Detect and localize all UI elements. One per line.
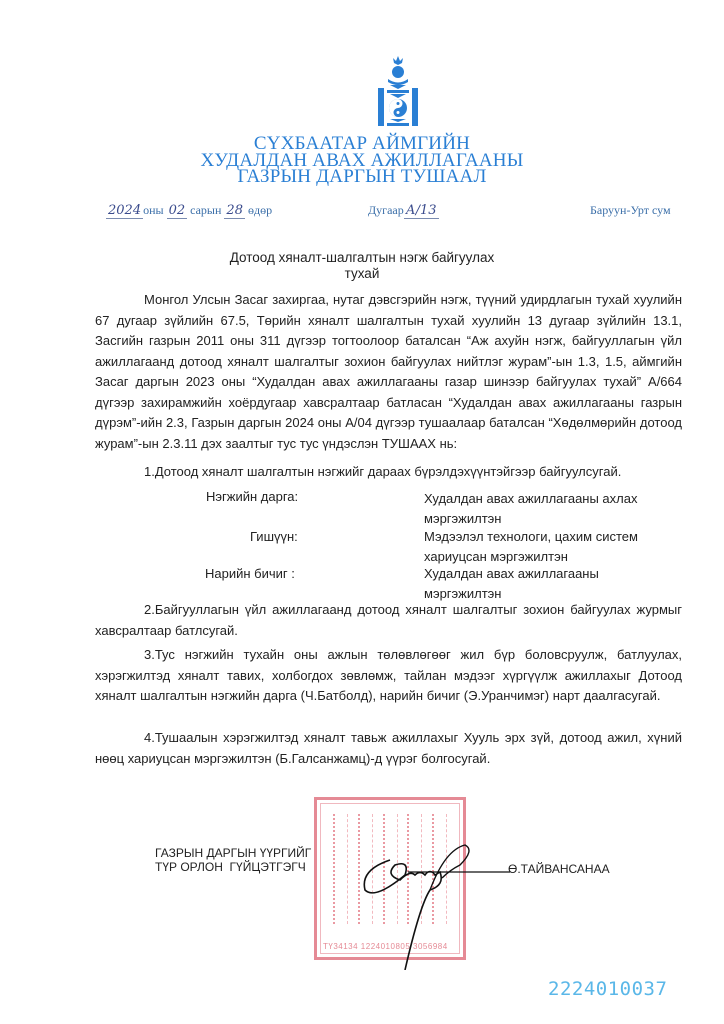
date-month-suffix: сарын xyxy=(190,203,221,217)
order-item-4: 4.Тушаалын хэрэгжилтэд хяналт тавьж ажил… xyxy=(95,728,682,769)
date-day: 28 xyxy=(224,203,245,219)
member-label-head: Нэгжийн дарга: xyxy=(206,489,298,504)
soyombo-emblem-icon xyxy=(376,54,420,128)
order-item-1: 1.Дотоод хяналт шалгалтын нэгжийг дараах… xyxy=(95,462,682,483)
order-type-line: ГАЗРЫН ДАРГЫН ТУШААЛ xyxy=(0,168,724,186)
order-number: ДугаарА/13 xyxy=(368,203,439,219)
signatory-title-line-2: ТҮР ОРЛОН ГҮЙЦЭТГЭГЧ xyxy=(155,860,311,874)
member-label-secretary: Нарийн бичиг : xyxy=(205,566,295,581)
signatory-title: ГАЗРЫН ДАРГЫН ҮҮРГИЙГ ТҮР ОРЛОН ГҮЙЦЭТГЭ… xyxy=(155,846,311,874)
document-title: Дотоод хяналт-шалгалтын нэгж байгуулах т… xyxy=(0,250,724,282)
order-item-3: 3.Тус нэгжийн тухайн оны ажлын төлөвлөгө… xyxy=(95,645,682,707)
handwritten-signature xyxy=(350,830,550,970)
registration-number: 2224010037 xyxy=(548,978,667,1000)
date-day-suffix: өдөр xyxy=(248,203,272,217)
date-month: 02 xyxy=(167,203,188,219)
order-number-value: А/13 xyxy=(404,203,439,219)
signer-name: Ө.ТАЙВАНСАНАА xyxy=(508,862,610,876)
member-label-member: Гишүүн: xyxy=(250,529,298,544)
date-year: 2024 xyxy=(106,203,143,219)
member-role-head: Худалдан авах ажиллагааны ахлах мэргэжил… xyxy=(424,489,664,529)
member-role-secretary: Худалдан авах ажиллагааны мэргэжилтэн xyxy=(424,564,664,604)
member-role-member: Мэдээлэл технологи, цахим систем хариуцс… xyxy=(424,527,664,567)
document-title-line-2: тухай xyxy=(0,266,724,282)
signatory-title-line-1: ГАЗРЫН ДАРГЫН ҮҮРГИЙГ xyxy=(155,846,311,860)
order-item-2: 2.Байгууллагын үйл ажиллагаанд дотоод хя… xyxy=(95,600,682,641)
order-date: 2024оны 02 сарын 28 өдөр xyxy=(106,203,272,219)
date-year-suffix: оны xyxy=(143,203,163,217)
order-place: Баруун-Урт сум xyxy=(590,203,671,218)
document-title-line-1: Дотоод хяналт-шалгалтын нэгж байгуулах xyxy=(0,250,724,266)
preamble-paragraph: Монгол Улсын Засаг захиргаа, нутаг дэвсг… xyxy=(95,290,682,454)
order-number-label: Дугаар xyxy=(368,203,404,217)
